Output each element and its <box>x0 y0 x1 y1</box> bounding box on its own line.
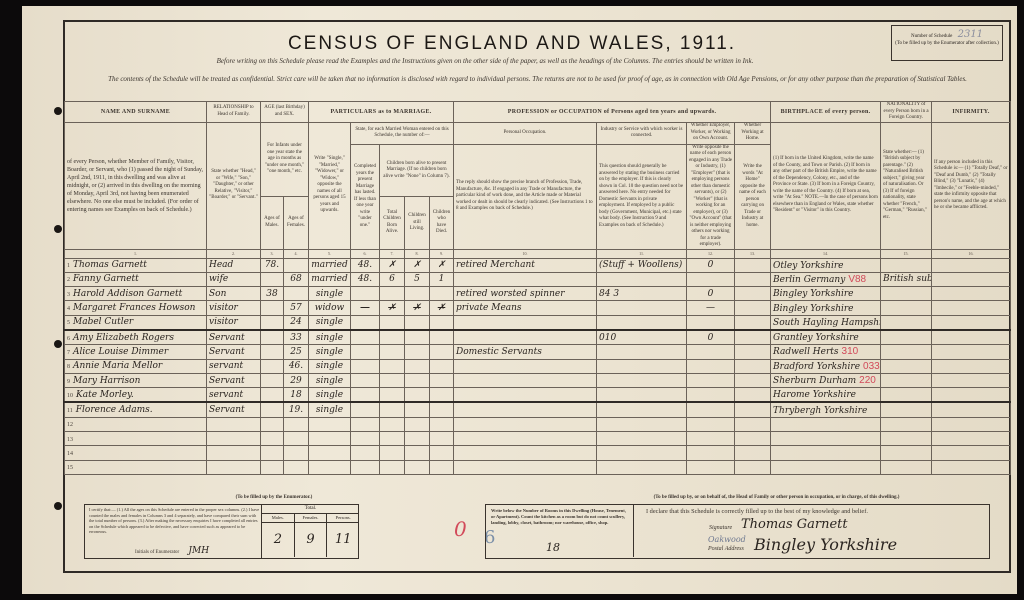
row-number: 10 <box>67 393 73 399</box>
cell-nationality <box>881 402 932 417</box>
cell-birthplace: Grantley Yorkshire <box>771 330 881 345</box>
col-header-birthplace: BIRTHPLACE of every person. <box>771 102 881 123</box>
cell-occupation <box>454 373 597 387</box>
instruction-line: Before writing on this Schedule please r… <box>70 57 900 65</box>
col-desc-still-living: Children still Living. <box>405 197 430 250</box>
cell-nationality <box>881 287 932 301</box>
col-desc-employer: Write opposite the name of each person e… <box>687 144 735 249</box>
punch-hole <box>54 107 62 115</box>
cell-employer-status <box>687 388 735 403</box>
cell-years-married: — <box>351 301 380 315</box>
total-males: 2 <box>262 523 295 557</box>
cell-age-female <box>284 460 309 474</box>
cell-relationship: servant <box>207 388 261 403</box>
table-row: 8Annie Maria Mellorservant46.singleBradf… <box>65 359 1011 373</box>
col-header-name: NAME AND SURNAME <box>65 102 207 123</box>
total-persons: 11 <box>327 523 359 557</box>
schedule-number-box: Number of Schedule 2311 (To be filled up… <box>891 25 1003 61</box>
cell-age-male <box>261 402 284 417</box>
cell-birthplace <box>771 460 881 474</box>
cell-nationality <box>881 258 932 272</box>
cell-relationship <box>207 417 261 431</box>
col-desc-relationship: State whether "Head," or "Wife," "Son," … <box>207 122 261 249</box>
cell-nationality <box>881 446 932 460</box>
cell-nationality <box>881 417 932 431</box>
cell-name: 11Florence Adams. <box>65 402 207 417</box>
table-row: 4Margaret Frances Howsonvisitor57widow—✗… <box>65 301 1011 315</box>
cell-infirmity <box>932 258 1011 272</box>
row-number: 11 <box>67 408 73 414</box>
cell-relationship: servant <box>207 359 261 373</box>
cell-industry <box>597 272 687 286</box>
row-number: 3 <box>67 292 70 298</box>
cell-age-male <box>261 373 284 387</box>
cell-marital-status: single <box>309 345 351 359</box>
cell-occupation <box>454 330 597 345</box>
cell-occupation <box>454 272 597 286</box>
cell-at-home <box>735 388 771 403</box>
cell-industry <box>597 388 687 403</box>
cell-at-home <box>735 417 771 431</box>
row-number: 9 <box>67 379 70 385</box>
cell-marital-status: single <box>309 402 351 417</box>
cell-years-married <box>351 345 380 359</box>
cell-at-home <box>735 373 771 387</box>
footer-section: (To be filled up by the Enumerator.) I c… <box>64 487 1010 571</box>
col-desc-condition: Write "Single," "Married," "Widower," or… <box>309 122 351 249</box>
cell-birthplace: Bingley Yorkshire <box>771 301 881 315</box>
punch-hole <box>54 340 62 348</box>
punch-hole <box>54 225 62 233</box>
cell-age-male: 78. <box>261 258 284 272</box>
cell-infirmity <box>932 446 1011 460</box>
table-row: 5Mabel Cutlervisitor24singleSouth Haylin… <box>65 315 1011 330</box>
cell-age-female: 29 <box>284 373 309 387</box>
cell-birthplace: Sherburn Durham220 <box>771 373 881 387</box>
cell-infirmity <box>932 330 1011 345</box>
cell-name: 10Kate Morley. <box>65 388 207 403</box>
cell-children-born <box>380 417 405 431</box>
table-row: 3Harold Addison GarnettSon38singleretire… <box>65 287 1011 301</box>
col-desc-children: Children born alive to present Marriage.… <box>380 144 454 197</box>
postal-address-label: Postal Address <box>708 546 744 552</box>
table-row: 14 <box>65 446 1011 460</box>
cell-children-died <box>430 345 454 359</box>
cell-marital-status <box>309 460 351 474</box>
cell-children-living <box>405 345 430 359</box>
cell-at-home <box>735 258 771 272</box>
cell-children-born <box>380 432 405 446</box>
cell-years-married <box>351 373 380 387</box>
col-header-nationality: NATIONALITY of every Person born in a Fo… <box>881 102 932 123</box>
col-sub-employer: Whether Employer, Worker, or Working on … <box>687 122 735 144</box>
cell-employer-status <box>687 432 735 446</box>
cell-years-married: 48. <box>351 272 380 286</box>
cell-employer-status <box>687 446 735 460</box>
cell-name: 1Thomas Garnett <box>65 258 207 272</box>
row-number: 12 <box>67 422 73 428</box>
cell-marital-status: single <box>309 373 351 387</box>
cell-marital-status: married <box>309 272 351 286</box>
cell-industry <box>597 373 687 387</box>
col-header-occupation: PROFESSION or OCCUPATION of Persons aged… <box>454 102 771 123</box>
cell-nationality: British subject by parentage <box>881 272 932 286</box>
cell-relationship: Servant <box>207 402 261 417</box>
cell-years-married <box>351 287 380 301</box>
cell-at-home <box>735 432 771 446</box>
cell-relationship <box>207 460 261 474</box>
postal-address: Bingley Yorkshire <box>754 535 897 554</box>
cell-occupation <box>454 417 597 431</box>
cell-at-home <box>735 315 771 330</box>
cell-marital-status: married <box>309 258 351 272</box>
cell-age-female: 68 <box>284 272 309 286</box>
confidential-line: The contents of the Schedule will be tre… <box>70 74 1005 84</box>
cell-employer-status: 0 <box>687 330 735 345</box>
cell-occupation <box>454 359 597 373</box>
table-row: 7Alice Louise DimmerServant25singleDomes… <box>65 345 1011 359</box>
cell-age-female <box>284 258 309 272</box>
cell-children-born <box>380 359 405 373</box>
cell-age-male <box>261 330 284 345</box>
cell-years-married <box>351 359 380 373</box>
cell-name: 2Fanny Garnett <box>65 272 207 286</box>
cell-occupation: Domestic Servants <box>454 345 597 359</box>
cell-employer-status: 0 <box>687 287 735 301</box>
cell-name: 13 <box>65 432 207 446</box>
cell-children-living: ✗ <box>405 301 430 315</box>
row-number: 6 <box>67 336 70 342</box>
col-header-marriage: PARTICULARS as to MARRIAGE. <box>309 102 454 123</box>
coding-mark: 220 <box>859 375 876 386</box>
cell-children-born <box>380 460 405 474</box>
cell-employer-status: — <box>687 301 735 315</box>
cell-age-female: 57 <box>284 301 309 315</box>
cell-employer-status <box>687 460 735 474</box>
cell-occupation: private Means <box>454 301 597 315</box>
col-sub-ages-males: Ages of Males. <box>261 197 284 250</box>
cell-relationship <box>207 446 261 460</box>
cell-children-born <box>380 388 405 403</box>
enumerator-note: (To be filled up by the Enumerator.) <box>144 495 404 500</box>
cell-infirmity <box>932 402 1011 417</box>
cell-children-living <box>405 287 430 301</box>
col-desc-industry: This question should generally be answer… <box>597 144 687 249</box>
row-number: 4 <box>67 306 70 312</box>
cell-at-home <box>735 345 771 359</box>
house-name: Oakwood <box>708 535 746 544</box>
cell-years-married <box>351 446 380 460</box>
cell-at-home <box>735 446 771 460</box>
page-title: CENSUS OF ENGLAND AND WALES, 1911. <box>0 33 1024 55</box>
cell-birthplace: Bradford Yorkshire033 <box>771 359 881 373</box>
cell-occupation <box>454 388 597 403</box>
cell-children-died <box>430 330 454 345</box>
col-header-age: AGE (last Birthday) and SEX. <box>261 102 309 123</box>
cell-occupation <box>454 446 597 460</box>
cell-employer-status <box>687 315 735 330</box>
cell-children-living <box>405 359 430 373</box>
cell-children-died <box>430 373 454 387</box>
cell-nationality <box>881 432 932 446</box>
total-females: 9 <box>295 523 328 557</box>
cell-infirmity <box>932 373 1011 387</box>
cell-industry <box>597 446 687 460</box>
cell-children-born <box>380 402 405 417</box>
cell-employer-status <box>687 417 735 431</box>
cell-relationship: visitor <box>207 315 261 330</box>
table-row: 2Fanny Garnettwife68married48.651Berlin … <box>65 272 1011 286</box>
cell-age-male <box>261 460 284 474</box>
cell-employer-status <box>687 345 735 359</box>
cell-birthplace: Harome Yorkshire <box>771 388 881 403</box>
col-sub-industry: Industry or Service with which worker is… <box>597 122 687 144</box>
cell-children-born: ✗ <box>380 258 405 272</box>
cell-marital-status <box>309 417 351 431</box>
cell-age-female: 19. <box>284 402 309 417</box>
cell-children-died <box>430 417 454 431</box>
cell-infirmity <box>932 345 1011 359</box>
cell-nationality <box>881 359 932 373</box>
cell-age-female <box>284 417 309 431</box>
cell-children-living <box>405 432 430 446</box>
census-table: NAME AND SURNAME RELATIONSHIP to Head of… <box>64 101 1011 475</box>
cell-marital-status: single <box>309 315 351 330</box>
cell-children-born <box>380 446 405 460</box>
cell-years-married <box>351 417 380 431</box>
schedule-number-note: (To be filled up by the Enumerator after… <box>895 41 999 46</box>
schedule-number-label: Number of Schedule <box>911 34 952 39</box>
col-desc-name: of every Person, whether Member of Famil… <box>65 122 207 249</box>
cell-birthplace <box>771 446 881 460</box>
cell-nationality <box>881 345 932 359</box>
col-desc-personal-occupation: The reply should show the precise branch… <box>454 144 597 249</box>
row-number: 1 <box>67 263 70 269</box>
row-number: 15 <box>67 465 73 471</box>
cell-infirmity <box>932 417 1011 431</box>
cell-industry <box>597 432 687 446</box>
row-number: 7 <box>67 350 70 356</box>
cell-relationship: visitor <box>207 301 261 315</box>
cell-marital-status: single <box>309 330 351 345</box>
cell-relationship: Servant <box>207 345 261 359</box>
cell-marital-status: single <box>309 287 351 301</box>
cell-age-female: 33 <box>284 330 309 345</box>
cell-birthplace: Thrybergh Yorkshire <box>771 402 881 417</box>
col-sub-at-home: Whether Working at Home. <box>735 122 771 144</box>
declaration-box: Write below the Number of Rooms in this … <box>485 504 990 559</box>
cell-children-living <box>405 460 430 474</box>
column-numbers-row: 1. 2. 3. 4. 5. 6. 7. 8. 9. 10. 11. 12. 1… <box>65 249 1011 258</box>
cell-children-living: ✗ <box>405 258 430 272</box>
cell-age-female: 25 <box>284 345 309 359</box>
cell-name: 14 <box>65 446 207 460</box>
cell-industry: (Stuff + Woollens) <box>597 258 687 272</box>
cell-nationality <box>881 301 932 315</box>
col-header-infirmity: INFIRMITY. <box>932 102 1011 123</box>
row-number: 13 <box>67 437 73 443</box>
cell-occupation <box>454 402 597 417</box>
cell-relationship <box>207 432 261 446</box>
cell-name: 3Harold Addison Garnett <box>65 287 207 301</box>
cell-birthplace: Bingley Yorkshire <box>771 287 881 301</box>
coding-mark: 310 <box>842 346 859 357</box>
cell-children-living <box>405 417 430 431</box>
cell-age-male <box>261 301 284 315</box>
cell-occupation <box>454 315 597 330</box>
cell-employer-status <box>687 359 735 373</box>
cell-children-died <box>430 287 454 301</box>
cell-children-living <box>405 330 430 345</box>
col-desc-nationality: State whether:— (1) "British subject by … <box>881 122 932 249</box>
cell-name: 4Margaret Frances Howson <box>65 301 207 315</box>
cell-occupation <box>454 460 597 474</box>
cell-children-living <box>405 446 430 460</box>
cell-industry <box>597 359 687 373</box>
coding-mark: V88 <box>848 274 866 285</box>
cell-age-male <box>261 388 284 403</box>
cell-relationship: wife <box>207 272 261 286</box>
cell-industry <box>597 460 687 474</box>
cell-age-male <box>261 417 284 431</box>
cell-age-male <box>261 345 284 359</box>
table-row: 15 <box>65 460 1011 474</box>
red-mark: 0 <box>454 517 467 541</box>
cell-birthplace: Berlin GermanyV88 <box>771 272 881 286</box>
cell-relationship: Head <box>207 258 261 272</box>
cell-nationality <box>881 460 932 474</box>
totals-box: Total. Males. Females. Persons. 2 9 11 <box>261 505 359 558</box>
table-row: 1Thomas GarnettHead78.married48.✗✗✗retir… <box>65 258 1011 272</box>
col-sub-personal-occupation: Personal Occupation. <box>454 122 597 144</box>
cell-at-home <box>735 460 771 474</box>
cell-children-died <box>430 359 454 373</box>
cell-at-home <box>735 287 771 301</box>
col-desc-married-woman: State, for each Married Woman entered on… <box>351 122 454 144</box>
coding-mark: 033 <box>863 361 880 372</box>
cell-industry <box>597 345 687 359</box>
cell-children-died: 1 <box>430 272 454 286</box>
cell-birthplace <box>771 417 881 431</box>
col-desc-age: For Infants under one year state the age… <box>261 122 309 197</box>
col-desc-total-born: Total Children Born Alive. <box>380 197 405 250</box>
cell-relationship: Servant <box>207 330 261 345</box>
cell-name: 7Alice Louise Dimmer <box>65 345 207 359</box>
cell-infirmity <box>932 388 1011 403</box>
cell-age-male <box>261 432 284 446</box>
cell-age-female: 24 <box>284 315 309 330</box>
cell-age-male <box>261 272 284 286</box>
table-row: 6Amy Elizabeth RogersServant33single0100… <box>65 330 1011 345</box>
cell-children-died: ✗ <box>430 301 454 315</box>
cell-children-living <box>405 315 430 330</box>
cell-employer-status <box>687 402 735 417</box>
table-row: 12 <box>65 417 1011 431</box>
enumerator-initials: Initials of Enumerator JMH <box>135 546 209 556</box>
cell-years-married <box>351 402 380 417</box>
cell-at-home <box>735 272 771 286</box>
cell-nationality <box>881 373 932 387</box>
table-row: 11Florence Adams.Servant19.singleThryber… <box>65 402 1011 417</box>
row-number: 2 <box>67 277 70 283</box>
cell-birthplace <box>771 432 881 446</box>
cell-birthplace: South Hayling Hampshire160 <box>771 315 881 330</box>
cell-marital-status: single <box>309 359 351 373</box>
cell-infirmity <box>932 301 1011 315</box>
cell-children-born <box>380 287 405 301</box>
cell-infirmity <box>932 315 1011 330</box>
table-row: 9Mary HarrisonServant29singleSherburn Du… <box>65 373 1011 387</box>
cell-industry <box>597 301 687 315</box>
cell-years-married <box>351 330 380 345</box>
declaration-text: I declare that this Schedule is correctl… <box>646 508 868 515</box>
head-of-family-note: (To be filled up by, or on behalf of, th… <box>544 495 1009 500</box>
cell-years-married: 48. <box>351 258 380 272</box>
cell-at-home <box>735 330 771 345</box>
cell-name: 12 <box>65 417 207 431</box>
cell-infirmity <box>932 460 1011 474</box>
col-desc-died: Children who have Died. <box>430 197 454 250</box>
cell-birthplace: Otley Yorkshire <box>771 258 881 272</box>
cell-at-home <box>735 301 771 315</box>
cell-marital-status: widow <box>309 301 351 315</box>
cell-industry: 84 3 <box>597 287 687 301</box>
cell-infirmity <box>932 432 1011 446</box>
cell-at-home <box>735 359 771 373</box>
table-row: 13 <box>65 432 1011 446</box>
cell-years-married <box>351 432 380 446</box>
cell-children-born <box>380 330 405 345</box>
cell-age-male <box>261 446 284 460</box>
cell-nationality <box>881 330 932 345</box>
cell-employer-status <box>687 373 735 387</box>
cell-occupation: retired worsted spinner <box>454 287 597 301</box>
cell-children-born: ✗ <box>380 301 405 315</box>
col-desc-at-home: Write the words "At Home" opposite the n… <box>735 144 771 249</box>
cell-at-home <box>735 402 771 417</box>
cell-marital-status: single <box>309 388 351 403</box>
cell-children-born <box>380 373 405 387</box>
cell-years-married <box>351 460 380 474</box>
col-desc-years-married: Completed years the present Marriage has… <box>351 144 380 249</box>
cell-age-female <box>284 432 309 446</box>
cell-marital-status <box>309 446 351 460</box>
cell-relationship: Servant <box>207 373 261 387</box>
cell-children-living <box>405 388 430 403</box>
signature: Thomas Garnett <box>741 517 848 532</box>
certify-text: I certify that:— (1.) All the ages on th… <box>89 507 261 535</box>
cell-age-female <box>284 287 309 301</box>
cell-children-living: 5 <box>405 272 430 286</box>
cell-years-married <box>351 315 380 330</box>
cell-age-female: 46. <box>284 359 309 373</box>
row-number: 5 <box>67 320 70 326</box>
cell-years-married <box>351 388 380 403</box>
cell-children-living <box>405 373 430 387</box>
cell-industry: 010 <box>597 330 687 345</box>
cell-name: 9Mary Harrison <box>65 373 207 387</box>
cell-birthplace: Radwell Herts310 <box>771 345 881 359</box>
cell-children-died <box>430 460 454 474</box>
cell-children-born: 6 <box>380 272 405 286</box>
cell-children-died <box>430 432 454 446</box>
cell-name: 6Amy Elizabeth Rogers <box>65 330 207 345</box>
col-desc-infirmity: If any person included in this Schedule … <box>932 122 1011 249</box>
col-desc-birthplace: (1) If born in the United Kingdom, write… <box>771 122 881 249</box>
cell-relationship: Son <box>207 287 261 301</box>
cell-employer-status: 0 <box>687 258 735 272</box>
table-row: 10Kate Morley.servant18singleHarome York… <box>65 388 1011 403</box>
